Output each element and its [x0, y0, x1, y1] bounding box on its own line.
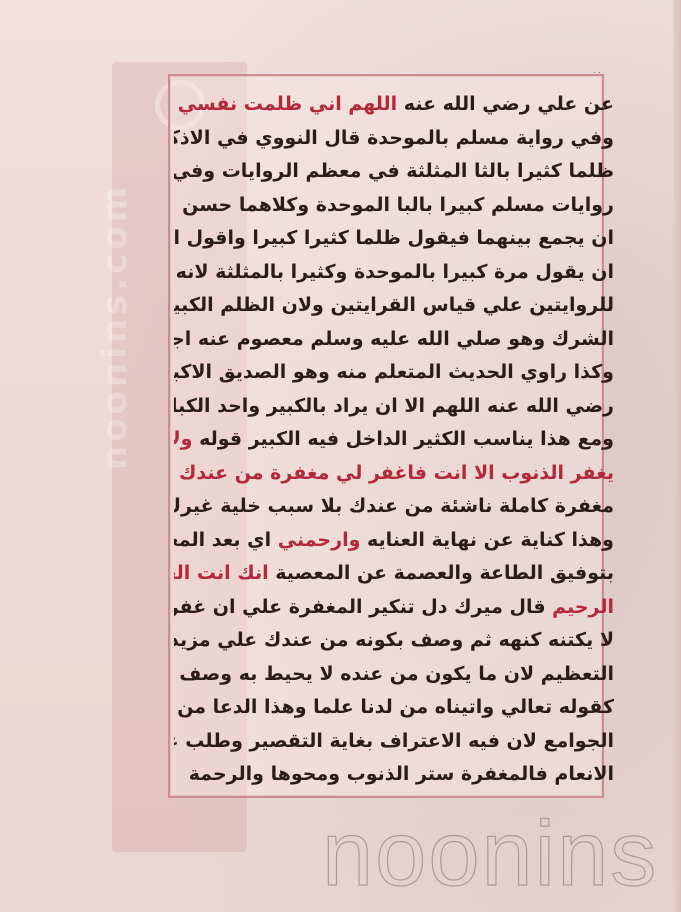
- body-text: الجوامع لان فيه الاعتراف بغاية التقصير و…: [174, 730, 614, 752]
- manuscript-line: وهذا كناية عن نهاية العنايه وارحمني اي ب…: [174, 524, 614, 558]
- manuscript-line: يغفر الذنوب الا انت فاغفر لي مغفرة من عن…: [174, 457, 614, 491]
- manuscript-line: وفي رواية مسلم بالموحدة قال النووي في ال…: [174, 122, 614, 156]
- manuscript-line: روايات مسلم كبيرا بالبا الموحدة وكلاهما …: [174, 189, 614, 223]
- body-text: وكذا راوي الحديث المتعلم منه وهو الصديق …: [174, 361, 614, 383]
- body-text: ظلما كثيرا بالثا المثلثة في معظم الروايا…: [174, 160, 614, 182]
- manuscript-line: التعظيم لان ما يكون من عنده لا يحيط به و…: [174, 658, 614, 692]
- manuscript-line: الشرك وهو صلي الله عليه وسلم معصوم عنه ا…: [174, 323, 614, 357]
- body-text: اي بعد المغفرة: [174, 529, 278, 551]
- body-text: ان يقول مرة كبيرا بالموحدة وكثيرا بالمثل…: [174, 261, 614, 283]
- body-text: كقوله تعالي واتيناه من لدنا علما وهذا ال…: [177, 696, 614, 718]
- body-text: الانعام فالمغفرة ستر الذنوب ومحوها والرح…: [189, 763, 614, 785]
- manuscript-text-block: عن علي رضي الله عنه اللهم اني ظلمت نفسي …: [174, 88, 614, 792]
- rubric-text: انك انت الغفور: [174, 562, 269, 584]
- manuscript-line: كقوله تعالي واتيناه من لدنا علما وهذا ال…: [174, 691, 614, 725]
- rubric-text: وارحمني: [278, 529, 361, 551]
- page-edge: [673, 0, 681, 912]
- rubric-text: ولا: [174, 428, 192, 450]
- manuscript-line: الجوامع لان فيه الاعتراف بغاية التقصير و…: [174, 725, 614, 759]
- vertical-watermark: noonins.com: [95, 430, 135, 470]
- body-text: ان يجمع بينهما فيقول ظلما كثيرا كبيرا وا…: [174, 227, 614, 249]
- rubric-text: يغفر الذنوب الا انت فاغفر لي مغفرة من عن…: [179, 462, 614, 484]
- manuscript-line: الرحيم قال ميرك دل تنكير المغفرة علي ان …: [174, 591, 614, 625]
- rubric-text: الرحيم: [552, 596, 614, 618]
- manuscript-line: ان يقول مرة كبيرا بالموحدة وكثيرا بالمثل…: [174, 256, 614, 290]
- body-text: مغفرة كاملة ناشئة من عندك بلا سبب خلية غ…: [174, 495, 614, 517]
- body-text: لا يكتنه كنهه ثم وصف بكونه من عندك علي م…: [174, 629, 614, 651]
- body-text: عن علي رضي الله عنه: [397, 93, 614, 115]
- body-text: وهذا كناية عن نهاية العنايه: [360, 529, 614, 551]
- manuscript-line: مغفرة كاملة ناشئة من عندك بلا سبب خلية غ…: [174, 490, 614, 524]
- rubric-text: اللهم اني ظلمت نفسي ظلما كثيرا: [174, 93, 397, 115]
- manuscript-line: عن علي رضي الله عنه اللهم اني ظلمت نفسي …: [174, 88, 614, 122]
- manuscript-line: وكذا راوي الحديث المتعلم منه وهو الصديق …: [174, 356, 614, 390]
- body-text: وفي رواية مسلم بالموحدة قال النووي في ال…: [174, 127, 614, 149]
- manuscript-line: ومع هذا يناسب الكثير الداخل فيه الكبير ق…: [174, 423, 614, 457]
- manuscript-page: noonins.com ٠٠ عن علي رضي الله عنه اللهم…: [0, 0, 681, 912]
- body-text: للروايتين علي قياس القرايتين ولان الظلم …: [174, 294, 614, 316]
- manuscript-line: ان يجمع بينهما فيقول ظلما كثيرا كبيرا وا…: [174, 222, 614, 256]
- body-text: بتوفيق الطاعة والعصمة عن المعصية: [269, 562, 614, 584]
- body-text: روايات مسلم كبيرا بالبا الموحدة وكلاهما …: [174, 194, 614, 216]
- manuscript-line: لا يكتنه كنهه ثم وصف بكونه من عندك علي م…: [174, 624, 614, 658]
- manuscript-line: رضي الله عنه اللهم الا ان يراد بالكبير و…: [174, 390, 614, 424]
- bottom-watermark: noonins: [322, 808, 658, 900]
- manuscript-line: ظلما كثيرا بالثا المثلثة في معظم الروايا…: [174, 155, 614, 189]
- manuscript-line: الانعام فالمغفرة ستر الذنوب ومحوها والرح…: [174, 758, 614, 792]
- body-text: ومع هذا يناسب الكثير الداخل فيه الكبير ق…: [192, 428, 614, 450]
- manuscript-line: للروايتين علي قياس القرايتين ولان الظلم …: [174, 289, 614, 323]
- manuscript-line: بتوفيق الطاعة والعصمة عن المعصية انك انت…: [174, 557, 614, 591]
- body-text: التعظيم لان ما يكون من عنده لا يحيط به و…: [174, 663, 614, 685]
- body-text: قال ميرك دل تنكير المغفرة علي ان غفرانك: [174, 596, 552, 618]
- body-text: رضي الله عنه اللهم الا ان يراد بالكبير و…: [174, 395, 614, 417]
- body-text: الشرك وهو صلي الله عليه وسلم معصوم عنه ا…: [174, 328, 614, 350]
